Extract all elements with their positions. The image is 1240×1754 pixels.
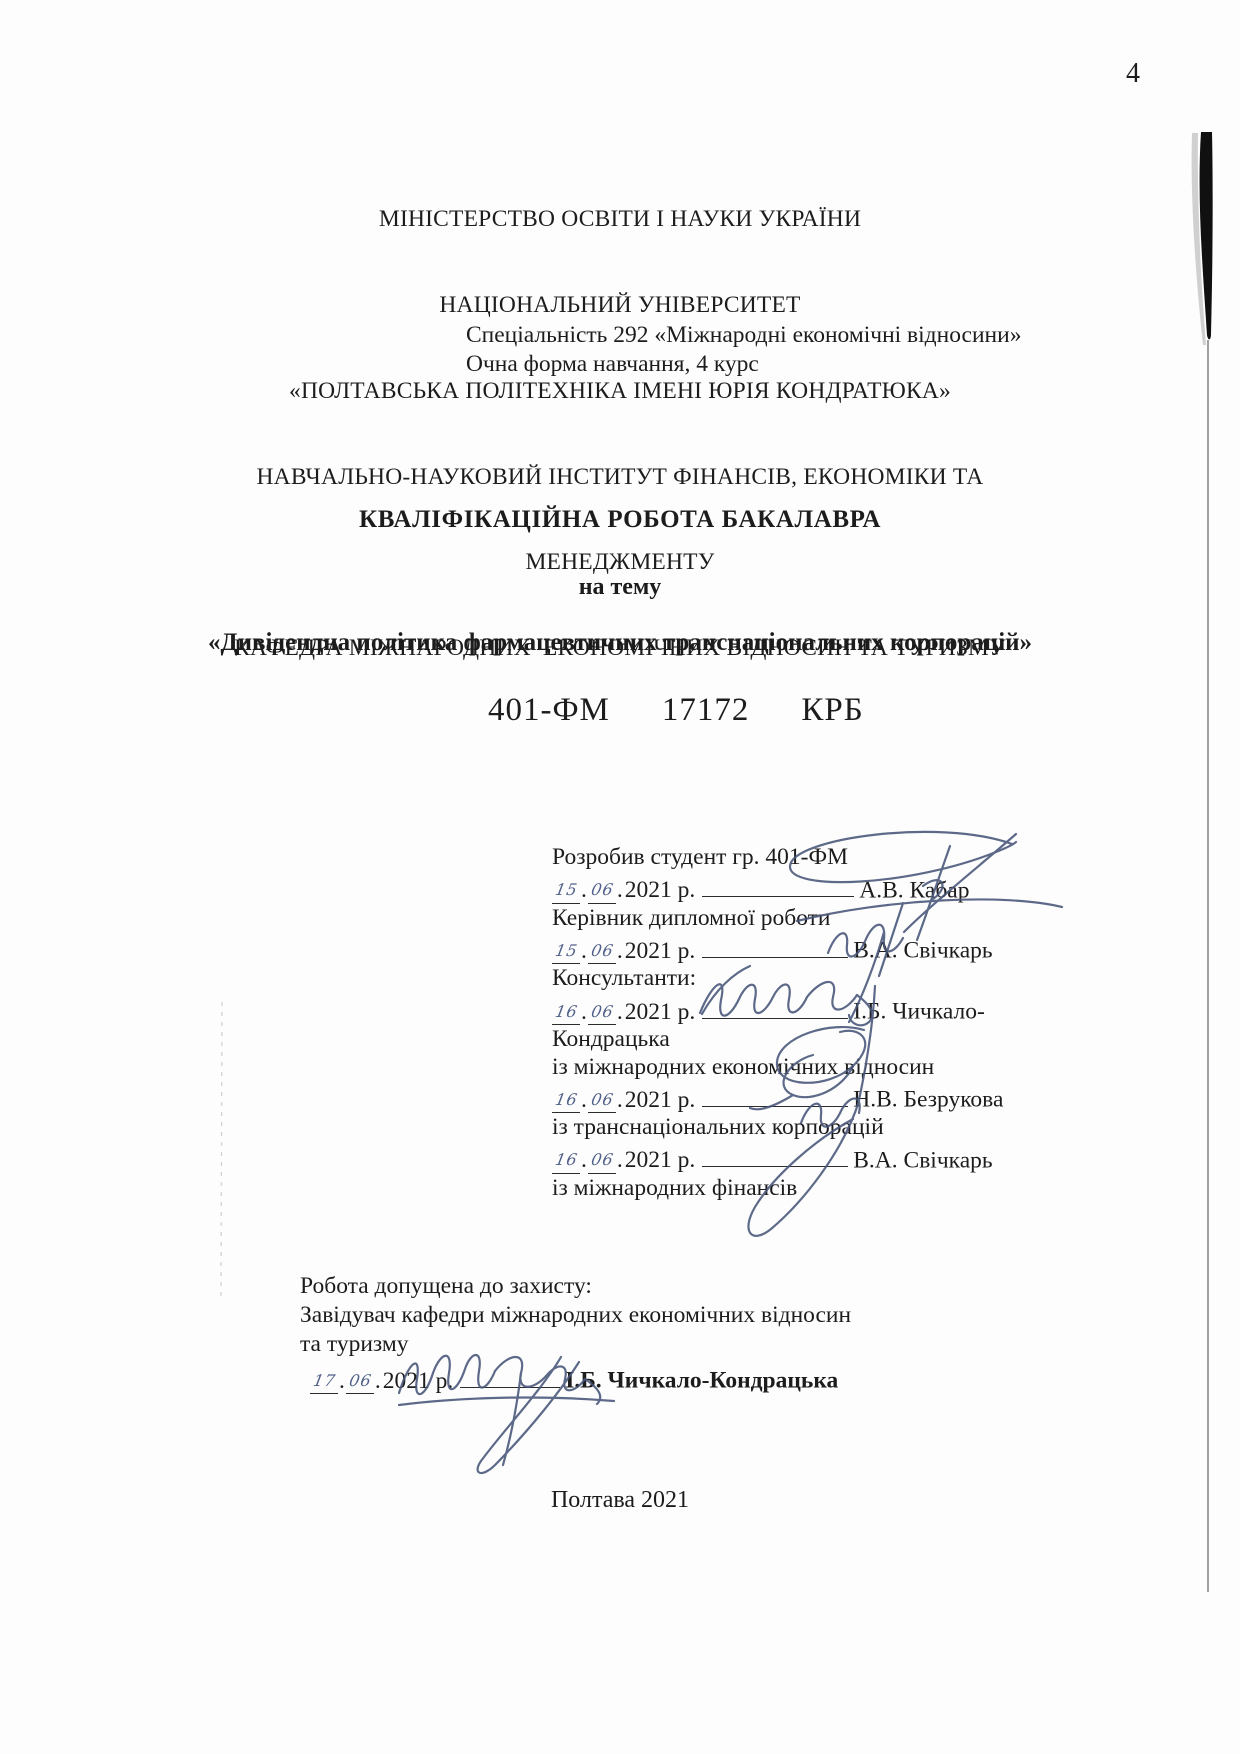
signature-blank bbox=[702, 932, 848, 958]
handwritten-day: 15 bbox=[554, 943, 579, 959]
signature-blank bbox=[460, 1362, 560, 1388]
consultant2-date-row: 16.06.2021 р.Н.В. Безрукова bbox=[552, 1081, 1032, 1114]
signature-blank bbox=[702, 993, 848, 1019]
handwritten-month: 06 bbox=[590, 1152, 615, 1168]
thesis-topic: «Дивідендна політика фармацевтичних тран… bbox=[0, 629, 1240, 657]
signature-blank bbox=[702, 1142, 848, 1168]
header-line-university: НАЦІОНАЛЬНИЙ УНІВЕРСИТЕТ bbox=[120, 291, 1120, 320]
date-day-slot: 17 bbox=[310, 1370, 338, 1395]
handwritten-day: 16 bbox=[554, 1004, 579, 1020]
scan-artifact-right-wedge bbox=[1200, 132, 1213, 339]
date-dot: . bbox=[581, 1147, 587, 1173]
date-dot: . bbox=[617, 1147, 623, 1173]
header-line-university-name: «ПОЛТАВСЬКА ПОЛІТЕХНІКА ІМЕНІ ЮРІЯ КОНДР… bbox=[120, 377, 1120, 406]
date-dot: . bbox=[581, 1087, 587, 1113]
date-year: 2021 р. bbox=[383, 1368, 454, 1394]
signer-name: В.А. Свічкарь bbox=[853, 1147, 992, 1173]
scan-artifact-right-shadow bbox=[1192, 133, 1206, 345]
date-month-slot: 06 bbox=[588, 1089, 616, 1114]
signer-name: Н.В. Безрукова bbox=[853, 1087, 1003, 1113]
group-code: 401-ФМ bbox=[488, 692, 610, 728]
page-number: 4 bbox=[1126, 58, 1140, 90]
date-year: 2021 р. bbox=[625, 938, 696, 964]
date-day-slot: 15 bbox=[552, 879, 580, 904]
admission-department-line: Завідувач кафедри міжнародних економічни… bbox=[300, 1301, 940, 1330]
date-dot: . bbox=[617, 1087, 623, 1113]
handwritten-month: 06 bbox=[590, 1004, 615, 1020]
work-type-title: КВАЛІФІКАЦІЙНА РОБОТА БАКАЛАВРА bbox=[0, 506, 1240, 534]
consultant1-date-row: 16.06.2021 р.І.Б. Чичкало-Кондрацька bbox=[552, 993, 1032, 1054]
consultant1-subject: із міжнародних економічних відносин bbox=[552, 1054, 1032, 1082]
admission-department-line2: та туризму bbox=[300, 1330, 940, 1359]
specialty-line: Спеціальність 292 «Міжнародні економічні… bbox=[466, 321, 1021, 350]
handwritten-day: 16 bbox=[554, 1152, 579, 1168]
handwritten-month: 06 bbox=[590, 943, 615, 959]
handwritten-day: 16 bbox=[554, 1092, 579, 1108]
date-day-slot: 15 bbox=[552, 940, 580, 965]
date-year: 2021 р. bbox=[625, 877, 696, 903]
date-month-slot: 06 bbox=[346, 1370, 374, 1395]
handwritten-month: 06 bbox=[590, 1092, 615, 1108]
consultant3-subject: із міжнародних фінансів bbox=[552, 1175, 1032, 1203]
date-year: 2021 р. bbox=[625, 1087, 696, 1113]
date-month-slot: 06 bbox=[588, 1149, 616, 1174]
signer-name: А.В. Кабар bbox=[859, 877, 969, 903]
work-number: 17172 bbox=[662, 692, 750, 728]
supervisor-date-row: 15.06.2021 р.В.А. Свічкарь bbox=[552, 932, 1032, 965]
scan-artifact-left-line bbox=[221, 1002, 222, 1298]
signer-name: І.Б. Чичкало-Кондрацька bbox=[565, 1368, 838, 1394]
date-day-slot: 16 bbox=[552, 1149, 580, 1174]
date-dot: . bbox=[375, 1368, 381, 1394]
date-year: 2021 р. bbox=[625, 1147, 696, 1173]
handwritten-month: 06 bbox=[348, 1373, 373, 1389]
signature-blank bbox=[702, 872, 854, 898]
date-dot: . bbox=[339, 1368, 345, 1394]
header-line-ministry: МІНІСТЕРСТВО ОСВІТИ І НАУКИ УКРАЇНИ bbox=[120, 205, 1120, 234]
supervisor-label: Керівник дипломної роботи bbox=[552, 905, 1032, 933]
study-form-line: Очна форма навчання, 4 курс bbox=[466, 350, 1021, 379]
date-dot: . bbox=[581, 938, 587, 964]
signature-blank bbox=[702, 1081, 848, 1107]
developer-date-row: 15.06.2021 р.А.В. Кабар bbox=[552, 872, 1032, 905]
header-line-institute-cont: МЕНЕДЖМЕНТУ bbox=[120, 548, 1120, 577]
admission-heading: Робота допущена до захисту: bbox=[300, 1272, 940, 1301]
header-line-institute: НАВЧАЛЬНО-НАУКОВИЙ ІНСТИТУТ ФІНАНСІВ, ЕК… bbox=[120, 463, 1120, 492]
date-day-slot: 16 bbox=[552, 1089, 580, 1114]
date-dot: . bbox=[617, 938, 623, 964]
date-month-slot: 06 bbox=[588, 940, 616, 965]
work-type-code: КРБ bbox=[801, 692, 863, 728]
handwritten-month: 06 bbox=[590, 882, 615, 898]
date-year: 2021 р. bbox=[625, 999, 696, 1025]
consultant2-subject: із транснаціональних корпорацій bbox=[552, 1114, 1032, 1142]
date-day-slot: 16 bbox=[552, 1001, 580, 1026]
developer-label: Розробив студент гр. 401-ФМ bbox=[552, 844, 1032, 872]
work-code-line: 401-ФМ17172КРБ bbox=[488, 692, 864, 729]
consultants-label: Консультанти: bbox=[552, 965, 1032, 993]
date-dot: . bbox=[581, 999, 587, 1025]
admission-date-row: 17.06.2021 р.І.Б. Чичкало-Кондрацька bbox=[300, 1362, 940, 1396]
admission-block: Робота допущена до захисту: Завідувач ка… bbox=[300, 1272, 940, 1396]
scanned-document-page: 4 МІНІСТЕРСТВО ОСВІТИ І НАУКИ УКРАЇНИ НА… bbox=[0, 0, 1240, 1754]
handwritten-day: 15 bbox=[554, 882, 579, 898]
on-topic-label: на тему bbox=[0, 574, 1240, 601]
date-dot: . bbox=[617, 999, 623, 1025]
program-info: Спеціальність 292 «Міжнародні економічні… bbox=[466, 321, 1021, 378]
consultant3-date-row: 16.06.2021 р.В.А. Свічкарь bbox=[552, 1142, 1032, 1175]
date-dot: . bbox=[581, 877, 587, 903]
signature-block: Розробив студент гр. 401-ФМ 15.06.2021 р… bbox=[552, 844, 1032, 1202]
date-month-slot: 06 bbox=[588, 1001, 616, 1026]
footer-city-year: Полтава 2021 bbox=[0, 1487, 1240, 1514]
signer-name: В.А. Свічкарь bbox=[853, 938, 992, 964]
date-dot: . bbox=[617, 877, 623, 903]
date-month-slot: 06 bbox=[588, 879, 616, 904]
signature-chychkalo-2 bbox=[399, 1398, 614, 1405]
handwritten-day: 17 bbox=[312, 1373, 337, 1389]
